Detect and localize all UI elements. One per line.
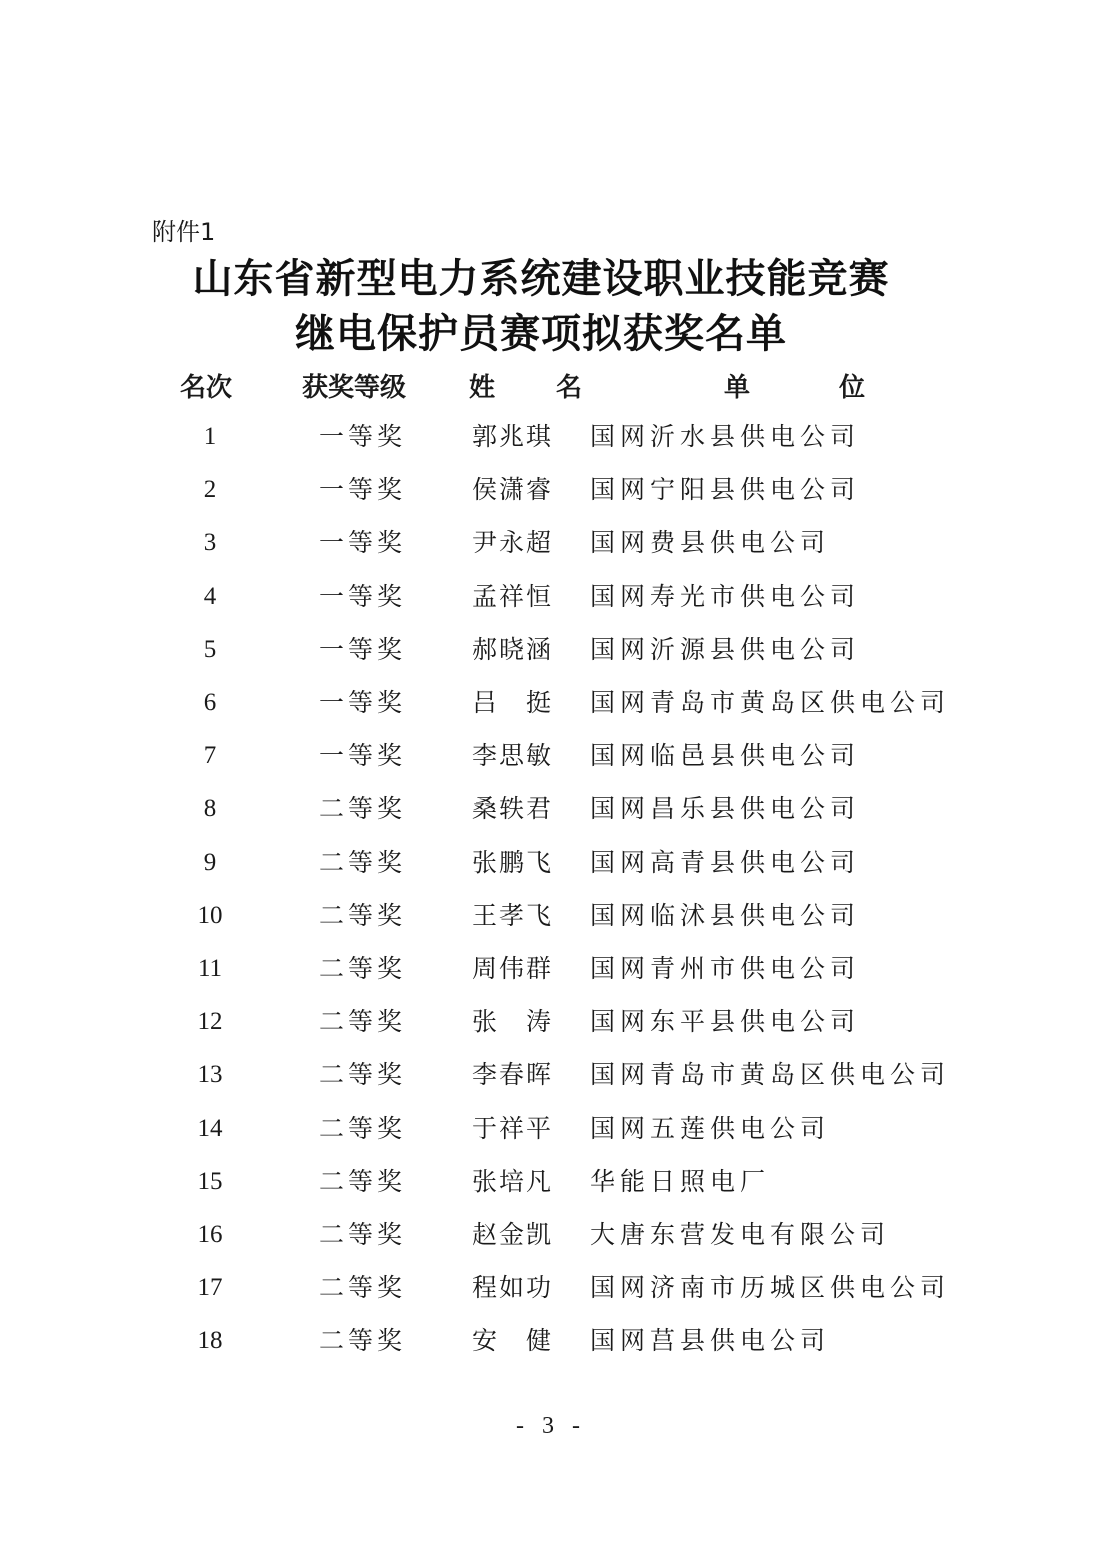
document-title-line-1: 山东省新型电力系统建设职业技能竞赛: [0, 255, 1092, 303]
table-row: 15二等奖张培凡华能日照电厂: [0, 1162, 1102, 1202]
award-level-cell: 一等奖: [319, 417, 406, 457]
table-row: 7一等奖李思敏国网临邑县供电公司: [0, 736, 1102, 776]
rank-cell: 9: [190, 843, 230, 883]
rank-cell: 17: [190, 1268, 230, 1308]
award-level-cell: 二等奖: [319, 1162, 406, 1202]
rank-cell: 6: [190, 683, 230, 723]
table-header-row: 名次 获奖等级 姓 名 单 位: [0, 368, 1102, 408]
rank-cell: 18: [190, 1321, 230, 1361]
name-cell: 尹永超: [472, 523, 562, 563]
table-row: 14二等奖于祥平国网五莲供电公司: [0, 1109, 1102, 1149]
header-rank: 名次: [180, 368, 232, 408]
award-level-cell: 二等奖: [319, 949, 406, 989]
header-unit: 单 位: [724, 368, 905, 408]
award-level-cell: 二等奖: [319, 1109, 406, 1149]
unit-cell: 国网东平县供电公司: [590, 1002, 860, 1042]
rank-cell: 10: [190, 896, 230, 936]
name-cell: 李思敏: [472, 736, 562, 776]
rank-cell: 15: [190, 1162, 230, 1202]
rank-cell: 14: [190, 1109, 230, 1149]
unit-cell: 国网费县供电公司: [590, 523, 830, 563]
name-cell: 王孝飞: [472, 896, 562, 936]
award-level-cell: 二等奖: [319, 843, 406, 883]
rank-cell: 13: [190, 1055, 230, 1095]
award-level-cell: 二等奖: [319, 789, 406, 829]
award-level-cell: 一等奖: [319, 736, 406, 776]
name-cell: 安 健: [472, 1321, 562, 1361]
unit-cell: 国网青岛市黄岛区供电公司: [590, 1055, 950, 1095]
rank-cell: 5: [190, 630, 230, 670]
rank-cell: 3: [190, 523, 230, 563]
name-cell: 周伟群: [472, 949, 562, 989]
table-row: 2一等奖侯潇睿国网宁阳县供电公司: [0, 470, 1102, 510]
name-cell: 张鹏飞: [472, 843, 562, 883]
rank-cell: 12: [190, 1002, 230, 1042]
rank-cell: 7: [190, 736, 230, 776]
page-number: - 3 -: [0, 1413, 1102, 1440]
header-name: 姓 名: [469, 368, 608, 408]
document-title-line-2: 继电保护员赛项拟获奖名单: [0, 310, 1092, 358]
unit-cell: 国网莒县供电公司: [590, 1321, 830, 1361]
rank-cell: 1: [190, 417, 230, 457]
unit-cell: 国网沂源县供电公司: [590, 630, 860, 670]
name-cell: 张培凡: [472, 1162, 562, 1202]
award-level-cell: 一等奖: [319, 683, 406, 723]
award-level-cell: 二等奖: [319, 1321, 406, 1361]
table-row: 16二等奖赵金凯大唐东营发电有限公司: [0, 1215, 1102, 1255]
award-level-cell: 二等奖: [319, 1215, 406, 1255]
header-award-level: 获奖等级: [302, 368, 406, 408]
name-cell: 郭兆琪: [472, 417, 562, 457]
unit-cell: 国网宁阳县供电公司: [590, 470, 860, 510]
award-level-cell: 二等奖: [319, 1055, 406, 1095]
rank-cell: 11: [190, 949, 230, 989]
table-row: 17二等奖程如功国网济南市历城区供电公司: [0, 1268, 1102, 1308]
table-row: 12二等奖张 涛国网东平县供电公司: [0, 1002, 1102, 1042]
table-row: 18二等奖安 健国网莒县供电公司: [0, 1321, 1102, 1361]
table-row: 10二等奖王孝飞国网临沭县供电公司: [0, 896, 1102, 936]
table-row: 4一等奖孟祥恒国网寿光市供电公司: [0, 577, 1102, 617]
award-level-cell: 二等奖: [319, 1268, 406, 1308]
award-level-cell: 一等奖: [319, 630, 406, 670]
rank-cell: 16: [190, 1215, 230, 1255]
name-cell: 孟祥恒: [472, 577, 562, 617]
unit-cell: 国网青岛市黄岛区供电公司: [590, 683, 950, 723]
name-cell: 郝晓涵: [472, 630, 562, 670]
table-row: 5一等奖郝晓涵国网沂源县供电公司: [0, 630, 1102, 670]
table-row: 13二等奖李春晖国网青岛市黄岛区供电公司: [0, 1055, 1102, 1095]
rank-cell: 8: [190, 789, 230, 829]
table-row: 3一等奖尹永超国网费县供电公司: [0, 523, 1102, 563]
unit-cell: 国网高青县供电公司: [590, 843, 860, 883]
rank-cell: 4: [190, 577, 230, 617]
name-cell: 桑轶君: [472, 789, 562, 829]
unit-cell: 大唐东营发电有限公司: [590, 1215, 890, 1255]
unit-cell: 国网临沭县供电公司: [590, 896, 860, 936]
table-row: 9二等奖张鹏飞国网高青县供电公司: [0, 843, 1102, 883]
award-level-cell: 二等奖: [319, 896, 406, 936]
table-row: 8二等奖桑轶君国网昌乐县供电公司: [0, 789, 1102, 829]
name-cell: 吕 挺: [472, 683, 562, 723]
unit-cell: 国网青州市供电公司: [590, 949, 860, 989]
unit-cell: 国网济南市历城区供电公司: [590, 1268, 950, 1308]
award-level-cell: 一等奖: [319, 470, 406, 510]
unit-cell: 华能日照电厂: [590, 1162, 770, 1202]
table-row: 11二等奖周伟群国网青州市供电公司: [0, 949, 1102, 989]
rank-cell: 2: [190, 470, 230, 510]
name-cell: 李春晖: [472, 1055, 562, 1095]
table-row: 1一等奖郭兆琪国网沂水县供电公司: [0, 417, 1102, 457]
unit-cell: 国网寿光市供电公司: [590, 577, 860, 617]
attachment-label: 附件1: [152, 212, 215, 247]
unit-cell: 国网昌乐县供电公司: [590, 789, 860, 829]
award-level-cell: 二等奖: [319, 1002, 406, 1042]
name-cell: 程如功: [472, 1268, 562, 1308]
name-cell: 于祥平: [472, 1109, 562, 1149]
unit-cell: 国网沂水县供电公司: [590, 417, 860, 457]
award-level-cell: 一等奖: [319, 577, 406, 617]
name-cell: 张 涛: [472, 1002, 562, 1042]
unit-cell: 国网五莲供电公司: [590, 1109, 830, 1149]
name-cell: 侯潇睿: [472, 470, 562, 510]
award-level-cell: 一等奖: [319, 523, 406, 563]
table-row: 6一等奖吕 挺国网青岛市黄岛区供电公司: [0, 683, 1102, 723]
unit-cell: 国网临邑县供电公司: [590, 736, 860, 776]
name-cell: 赵金凯: [472, 1215, 562, 1255]
